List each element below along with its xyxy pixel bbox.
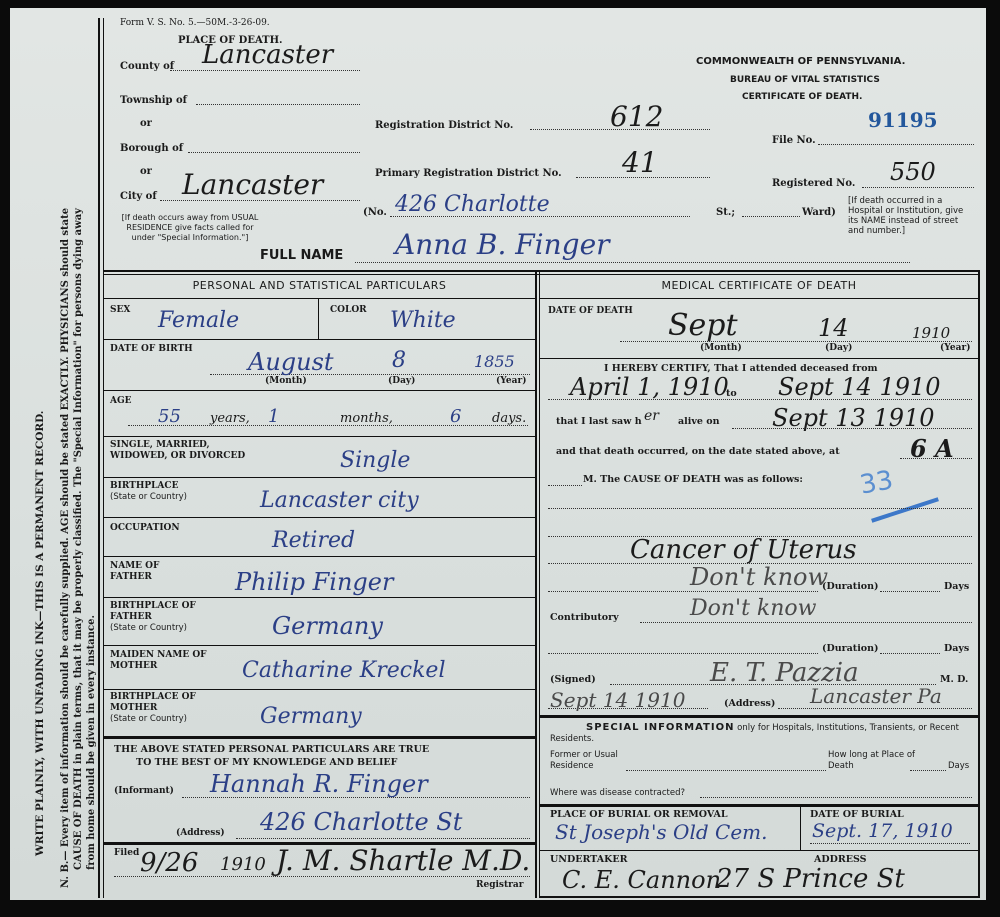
color-label: COLOR bbox=[330, 305, 367, 315]
file-no-label: File No. bbox=[772, 135, 816, 146]
burial-place-value: St Joseph's Old Cem. bbox=[555, 820, 767, 844]
rule bbox=[104, 736, 535, 739]
birthplace-label: BIRTHPLACE bbox=[110, 481, 178, 491]
father-label: NAME OF FATHER bbox=[110, 561, 190, 583]
days-label: Days bbox=[944, 581, 969, 592]
undertaker-label: UNDERTAKER bbox=[550, 854, 628, 865]
days-label: Days bbox=[944, 643, 969, 654]
registered-no-line bbox=[862, 187, 974, 188]
cause-value: Cancer of Uterus bbox=[630, 535, 857, 565]
address-line bbox=[236, 838, 530, 839]
undertaker-address-value: 27 S Prince St bbox=[716, 864, 905, 894]
attended-to: Sept 14 1910 bbox=[778, 373, 941, 401]
file-no-line bbox=[818, 144, 974, 145]
rule bbox=[104, 436, 535, 437]
months-word: months, bbox=[340, 411, 393, 426]
rule bbox=[104, 645, 535, 646]
rule bbox=[104, 298, 535, 299]
age-line bbox=[128, 425, 528, 426]
date-of-death-year: 1910 bbox=[912, 324, 950, 342]
frame-left-outer bbox=[98, 18, 100, 898]
mother-birthplace-label: BIRTHPLACE OF MOTHER bbox=[110, 692, 220, 714]
registrar-label: Registrar bbox=[476, 880, 523, 890]
full-name-value: Anna B. Finger bbox=[395, 228, 610, 261]
attest-line2: TO THE BEST OF MY KNOWLEDGE AND BELIEF bbox=[136, 757, 397, 768]
township-line bbox=[196, 104, 360, 105]
days-line bbox=[880, 653, 940, 654]
physician-address: Lancaster Pa bbox=[810, 684, 942, 708]
rule bbox=[540, 896, 978, 898]
medical-section-title: MEDICAL CERTIFICATE OF DEATH bbox=[540, 279, 978, 292]
father-birthplace-label: BIRTHPLACE OF FATHER bbox=[110, 601, 220, 623]
date-of-death-month: Sept bbox=[668, 308, 738, 343]
city-value: Lancaster bbox=[182, 168, 323, 201]
st-label: St.; bbox=[716, 207, 735, 218]
signed-label: (Signed) bbox=[550, 674, 596, 685]
county-line bbox=[170, 70, 360, 71]
hospital-note: [If death occurred in a Hospital or Inst… bbox=[848, 196, 976, 236]
full-name-line bbox=[355, 262, 910, 263]
father-birthplace-sub: (State or Country) bbox=[110, 623, 187, 633]
residence-note: [If death occurs away from USUAL RESIDEN… bbox=[120, 213, 260, 243]
contributory-label: Contributory bbox=[550, 612, 619, 623]
age-years: 55 bbox=[158, 406, 181, 427]
filed-year: 1910 bbox=[220, 854, 266, 875]
rule bbox=[540, 298, 978, 299]
how-long-line bbox=[910, 770, 946, 771]
code-stamp: 33 bbox=[858, 465, 896, 500]
street-value: 426 Charlotte bbox=[395, 192, 550, 217]
street-no-label: (No. bbox=[363, 207, 387, 218]
address-label: (Address) bbox=[176, 828, 225, 838]
marital-value: Single bbox=[340, 448, 410, 473]
years-word: years, bbox=[210, 411, 250, 426]
margin-note-line3: from home should be given in every insta… bbox=[86, 470, 97, 870]
rule bbox=[540, 804, 978, 807]
personal-section-title: PERSONAL AND STATISTICAL PARTICULARS bbox=[104, 279, 535, 292]
rule bbox=[104, 274, 980, 275]
disease-contracted-label: Where was disease contracted? bbox=[550, 788, 685, 798]
frame-left-inner bbox=[103, 18, 104, 898]
contributory-line bbox=[640, 622, 972, 623]
cause-line-1 bbox=[548, 508, 972, 509]
former-residence-label: Former or Usual Residence bbox=[550, 750, 630, 772]
primary-registration-label: Primary Registration District No. bbox=[375, 168, 562, 179]
birthplace-value: Lancaster city bbox=[260, 488, 419, 513]
registered-no-label: Registered No. bbox=[772, 178, 855, 189]
rule bbox=[540, 850, 978, 851]
duration-line bbox=[548, 591, 818, 592]
rule bbox=[104, 477, 535, 478]
sex-value: Female bbox=[158, 308, 239, 333]
month-caption: (Month) bbox=[700, 343, 742, 353]
mother-label: MAIDEN NAME OF MOTHER bbox=[110, 650, 220, 672]
township-label: Township of bbox=[120, 95, 187, 106]
birthplace-sub: (State or Country) bbox=[110, 492, 187, 502]
rule bbox=[104, 597, 535, 598]
age-months: 1 bbox=[268, 406, 279, 427]
color-value: White bbox=[390, 308, 456, 333]
dob-year: 1855 bbox=[474, 352, 515, 371]
attended-from: April 1, 1910 bbox=[570, 373, 729, 401]
mother-birthplace-value: Germany bbox=[260, 704, 362, 729]
how-long-days: Days bbox=[948, 761, 969, 771]
column-divider bbox=[535, 270, 537, 898]
disease-contracted-line bbox=[700, 797, 972, 798]
date-of-death-day: 14 bbox=[818, 314, 849, 342]
frame-right bbox=[978, 270, 980, 898]
rule bbox=[104, 556, 535, 557]
sex-label: SEX bbox=[110, 305, 130, 315]
rule bbox=[104, 517, 535, 518]
undertaker-value: C. E. Cannon bbox=[562, 866, 721, 894]
dob-month: August bbox=[248, 348, 334, 376]
occupation-label: OCCUPATION bbox=[110, 523, 180, 533]
death-time-value: 6 A bbox=[910, 434, 954, 463]
contributory-duration-line bbox=[548, 653, 818, 654]
burial-place-label: PLACE OF BURIAL OR REMOVAL bbox=[550, 809, 728, 820]
header-certificate: CERTIFICATE OF DEATH. bbox=[742, 92, 862, 102]
borough-line bbox=[188, 152, 360, 153]
burial-date-value: Sept. 17, 1910 bbox=[812, 820, 953, 842]
mother-birthplace-sub: (State or Country) bbox=[110, 714, 187, 724]
alive-on-label: alive on bbox=[678, 416, 720, 427]
rule bbox=[104, 390, 535, 391]
year-caption: (Year) bbox=[496, 376, 526, 386]
death-time-label: and that death occurred, on the date sta… bbox=[556, 446, 840, 457]
informant-label: (Informant) bbox=[114, 786, 174, 796]
signed-date: Sept 14 1910 bbox=[550, 688, 685, 712]
cause-duration-value: Don't know bbox=[690, 563, 828, 591]
am-pm-line bbox=[548, 485, 582, 486]
file-number-stamp: 91195 bbox=[868, 108, 938, 132]
rule bbox=[104, 689, 535, 690]
registered-no-value: 550 bbox=[890, 158, 936, 186]
death-certificate: WRITE PLAINLY, WITH UNFADING INK—THIS IS… bbox=[10, 8, 986, 900]
address-label: (Address) bbox=[724, 698, 775, 709]
burial-date-line bbox=[810, 843, 970, 844]
county-label: County of bbox=[120, 61, 174, 72]
day-caption: (Day) bbox=[825, 343, 852, 353]
full-name-label: FULL NAME bbox=[260, 248, 343, 263]
age-label: AGE bbox=[110, 396, 132, 406]
contributory-value: Don't know bbox=[690, 596, 817, 621]
registration-district-value: 612 bbox=[610, 100, 663, 133]
former-residence-line bbox=[626, 770, 826, 771]
header-commonwealth: COMMONWEALTH OF PENNSYLVANIA. bbox=[696, 56, 905, 67]
days-word: days. bbox=[492, 411, 526, 426]
year-caption: (Year) bbox=[940, 343, 970, 353]
last-saw-her: er bbox=[644, 408, 659, 424]
last-saw-label: that I last saw h bbox=[556, 416, 642, 427]
ward-line bbox=[742, 216, 800, 217]
occupation-value: Retired bbox=[272, 528, 355, 553]
father-value: Philip Finger bbox=[235, 568, 393, 596]
primary-registration-value: 41 bbox=[622, 146, 658, 179]
city-label: City of bbox=[120, 191, 157, 202]
header-bureau: BUREAU OF VITAL STATISTICS bbox=[730, 75, 880, 85]
filed-date: 9/26 bbox=[140, 848, 198, 878]
informant-address-value: 426 Charlotte St bbox=[260, 808, 462, 836]
rule bbox=[104, 270, 980, 272]
filed-label: Filed bbox=[114, 848, 139, 858]
mother-value: Catharine Kreckel bbox=[242, 658, 446, 683]
margin-note-line1: N. B.— Every item of information should … bbox=[60, 28, 71, 888]
dob-label: DATE OF BIRTH bbox=[110, 344, 193, 354]
rule bbox=[800, 805, 801, 851]
address-line bbox=[778, 708, 972, 709]
month-caption: (Month) bbox=[265, 376, 307, 386]
md-label: M. D. bbox=[940, 674, 968, 685]
rule bbox=[104, 339, 535, 340]
dob-day: 8 bbox=[392, 348, 406, 373]
margin-note-line2: CAUSE OF DEATH in plain terms, that it m… bbox=[73, 10, 84, 870]
rule bbox=[318, 299, 319, 339]
duration-label: (Duration) bbox=[822, 581, 879, 592]
day-caption: (Day) bbox=[388, 376, 415, 386]
father-birthplace-value: Germany bbox=[272, 612, 383, 640]
rule bbox=[540, 358, 978, 359]
special-info: SPECIAL INFORMATION only for Hospitals, … bbox=[550, 722, 975, 745]
registration-district-label: Registration District No. bbox=[375, 120, 513, 131]
duration-label: (Duration) bbox=[822, 643, 879, 654]
burial-date-label: DATE OF BURIAL bbox=[810, 809, 904, 820]
how-long-label: How long at Place of Death bbox=[828, 750, 928, 772]
marital-label: SINGLE, MARRIED, WIDOWED, OR DIVORCED bbox=[110, 440, 270, 462]
ward-label: Ward) bbox=[802, 207, 836, 218]
margin-permanent-record: WRITE PLAINLY, WITH UNFADING INK—THIS IS… bbox=[34, 56, 46, 856]
or-label: or bbox=[140, 118, 152, 129]
special-info-title: SPECIAL INFORMATION bbox=[586, 722, 734, 733]
informant-value: Hannah R. Finger bbox=[210, 770, 428, 798]
age-days: 6 bbox=[450, 406, 461, 427]
county-value: Lancaster bbox=[202, 40, 333, 70]
attest-line1: THE ABOVE STATED PERSONAL PARTICULARS AR… bbox=[114, 744, 429, 755]
to-label: to bbox=[726, 388, 737, 399]
date-of-death-label: DATE OF DEATH bbox=[548, 306, 633, 316]
days-line bbox=[880, 591, 940, 592]
registrar-signature: J. M. Shartle M.D. bbox=[276, 844, 530, 877]
rule bbox=[540, 715, 978, 718]
stamp-underline bbox=[871, 497, 939, 522]
or-label: or bbox=[140, 166, 152, 177]
form-number: Form V. S. No. 5.—50M.-3-26-09. bbox=[120, 18, 270, 28]
borough-label: Borough of bbox=[120, 143, 183, 154]
cause-label: M. The CAUSE OF DEATH was as follows: bbox=[583, 474, 803, 485]
last-saw-date: Sept 13 1910 bbox=[772, 404, 935, 432]
